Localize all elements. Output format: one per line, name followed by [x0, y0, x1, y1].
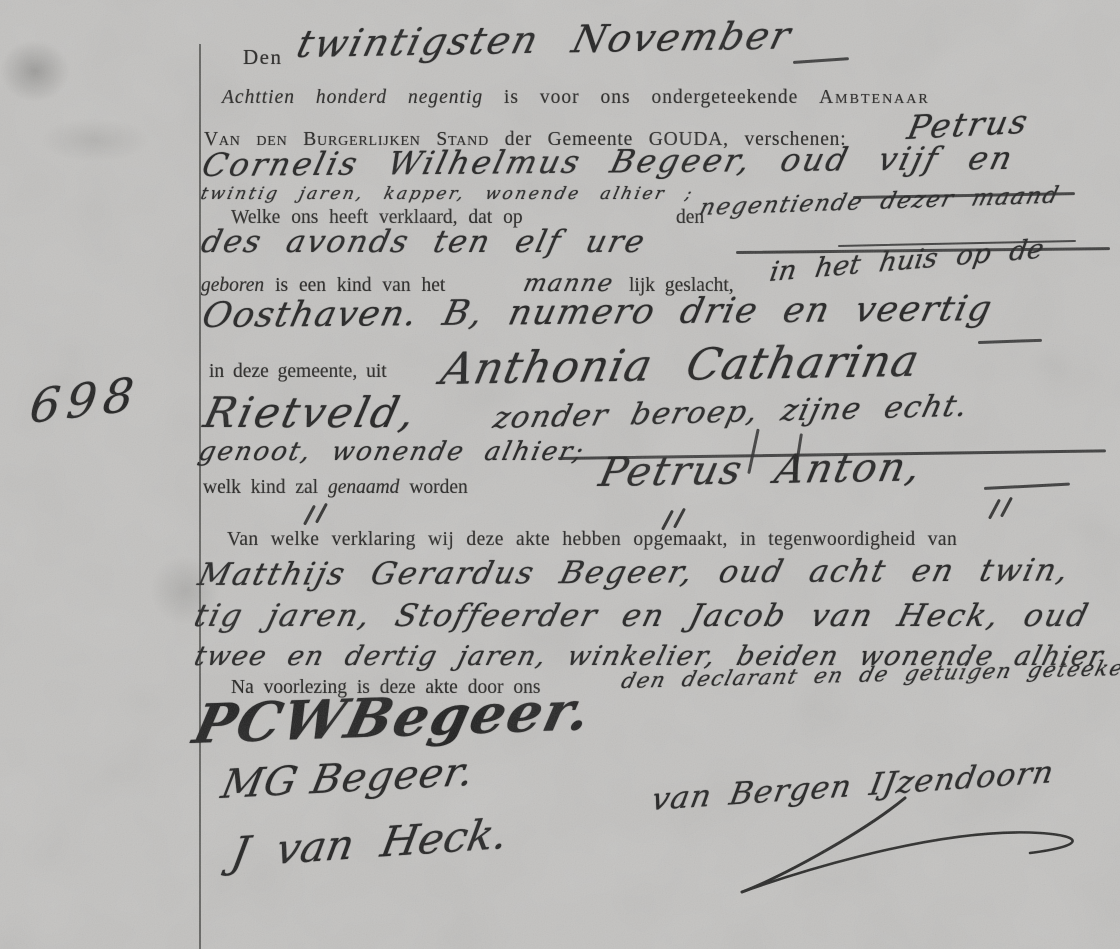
- handwritten-witness-2: tig jaren, Stoffeerder en Jacob van Heck…: [191, 598, 1094, 634]
- handwritten-spouse-line: genoot, wonende alhier;: [196, 437, 589, 467]
- printed-ambtenaar: Ambtenaar: [819, 87, 930, 108]
- handwritten-mother-firstnames: Anthonia Catharina: [437, 336, 925, 395]
- printed-name-line: welk kind zal genaamd worden: [203, 477, 468, 499]
- printed-gemeente-uit: in deze gemeente, uit: [209, 361, 387, 383]
- printed-year-line: Achttien honderd negentig is voor ons on…: [222, 87, 930, 109]
- printed-welk-kind: welk kind zal: [203, 477, 318, 498]
- handwritten-witness-1: Matthijs Gerardus Begeer, oud acht en tw…: [195, 552, 1074, 593]
- ink-dash: [984, 483, 1070, 490]
- ink-dash: [793, 57, 849, 63]
- handwritten-birthtime: des avonds ten elf ure: [198, 224, 650, 260]
- printed-worden: worden: [409, 477, 467, 498]
- signature-official: van Bergen IJzendoorn: [649, 754, 1057, 818]
- printed-den: Den: [243, 45, 283, 70]
- ink-bleed-smudge: [40, 118, 150, 162]
- birth-certificate-scan: 698 Den twintigsten November Achttien ho…: [0, 0, 1120, 949]
- signature-witness-begeer: MG Begeer.: [217, 749, 478, 808]
- handwritten-mother-surname: Rietveld,: [199, 388, 422, 437]
- printed-year-rest: is voor ons ondergeteekende: [504, 87, 798, 108]
- printed-geboren: geboren: [201, 275, 264, 296]
- printed-year: Achttien honderd negentig: [222, 87, 483, 108]
- ink-bleed-smudge: [0, 40, 70, 102]
- signature-declarant: PCWBegeer.: [188, 678, 599, 756]
- printed-genaamd: genaamd: [328, 477, 400, 498]
- handwritten-house-intro: in het huis op de: [768, 234, 1046, 288]
- ink-dash: [978, 339, 1042, 344]
- handwritten-date: twintigsten November: [292, 13, 796, 66]
- handwritten-address: Oosthaven. B, numero drie en veertig: [199, 289, 997, 336]
- handwritten-child-name: Petrus Anton,: [595, 444, 926, 496]
- signature-witness-vanheck: J van Heck.: [228, 809, 512, 877]
- handwritten-declarant-name: Cornelis Wilhelmus Begeer, oud vijf en: [198, 139, 1018, 184]
- handwritten-mother-details: zonder beroep, zijne echt.: [490, 389, 973, 436]
- act-number: 698: [28, 367, 143, 435]
- handwritten-declarant-details: twintig jaren, kapper, wonende alhier ;: [199, 184, 696, 204]
- printed-witness-intro: Van welke verklaring wij deze akte hebbe…: [227, 529, 957, 551]
- handwritten-birthdate: negentiende dezer maand: [697, 183, 1063, 221]
- printed-kind-van-het: is een kind van het: [275, 275, 445, 296]
